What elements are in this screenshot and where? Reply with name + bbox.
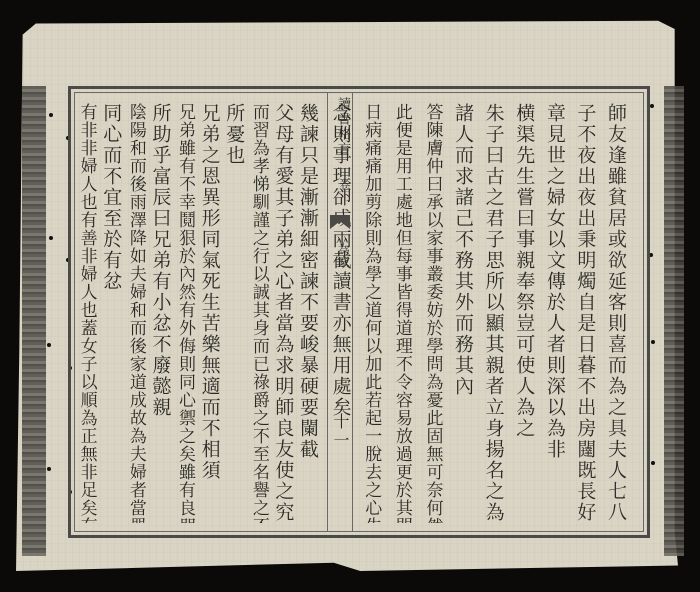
right-half-page: 師友逢雖貧居或欲延客則喜而為之具夫人七八歲辰誦古詩曰女 子不夜出夜出秉明燭自是日…	[327, 93, 643, 531]
stitch-hole	[49, 113, 53, 117]
book-title: 讀書格言	[328, 97, 352, 157]
center-fold-column: 讀書格言 卷下 為家 十一	[327, 93, 353, 531]
printed-text-block: 師友逢雖貧居或欲延客則喜而為之具夫人七八歲辰誦古詩曰女 子不夜出夜出秉明燭自是日…	[68, 86, 650, 538]
section-label: 為家	[328, 243, 352, 267]
text-column: 幾諫只是漸漸細密諫不要峻暴硬要闌截	[300, 93, 325, 523]
text-column: 兄弟雖有不幸鬩狠於內然有外侮則同心禦之矣雖有良朋豈能有	[177, 93, 202, 523]
stitch-hole	[47, 467, 51, 471]
stitch-hole	[49, 236, 53, 240]
page-number: 十一	[328, 413, 352, 451]
stitch-hole	[651, 461, 655, 465]
text-column: 陰陽和而後雨澤降如夫婦和而後家道成故為夫婦者當黽勉以	[128, 93, 153, 523]
binding-edge-right	[664, 86, 684, 556]
text-column: 而習為孝悌馴謹之行以誠其身而已祿爵之不至名譽之不聞非	[251, 93, 276, 523]
text-column: 父母有愛其子弟之心者當為求明師良友使之究義理之指歸	[276, 93, 301, 523]
text-column: 諸人而求諸己不務其外而務其內	[449, 93, 480, 523]
left-half-page: 幾諫只是漸漸細密諫不要峻暴硬要闌截 父母有愛其子弟之心者當為求明師良友使之究義理…	[75, 93, 325, 531]
text-column: 日病痛痛加剪除則為學之道何以加此若起一脫去之心生一排遣之	[358, 93, 389, 523]
text-column: 兄弟之恩異形同氣死生苦樂無適而不相須	[202, 93, 227, 523]
stitch-hole	[651, 340, 655, 344]
text-column: 章見世之婦女以文傳於人者則深以為非	[541, 93, 572, 523]
text-column: 師友逢雖貧居或欲延客則喜而為之具夫人七八歲辰誦古詩曰女	[602, 93, 633, 523]
text-column: 朱子曰古之君子思所以顯其親者立身揚名之為足恃是以不求	[480, 93, 511, 523]
text-column: 所助乎富辰曰兄弟有小忿不廢懿親	[153, 93, 178, 523]
stitch-hole	[47, 343, 51, 347]
text-column: 子不夜出夜出秉明燭自是日暮不出房闥既長好文而不為詞	[572, 93, 603, 523]
text-column: 所憂也	[227, 93, 252, 523]
text-column: 有非非婦人也有善非婦人也蓋女子以順為正無非足矣有善則亦	[79, 93, 104, 523]
text-column: 同心而不宜至於有忿	[104, 93, 129, 523]
text-column: 答陳膚仲曰承以家事叢委妨於學問為憂此固無可奈何然只	[419, 93, 450, 523]
text-column: 此便是用工處地但每事皆得道理不令容易放過更於其間見得平	[388, 93, 419, 523]
text-column: 横渠先生嘗曰事親奉祭豈可使人為之	[511, 93, 542, 523]
stitch-hole	[650, 104, 654, 108]
binding-edge-left	[22, 86, 46, 556]
inner-frame: 師友逢雖貧居或欲延客則喜而為之具夫人七八歲辰誦古詩曰女 子不夜出夜出秉明燭自是日…	[74, 92, 644, 532]
volume-label: 卷下	[328, 179, 352, 201]
fishtail-mark-icon	[330, 215, 350, 229]
